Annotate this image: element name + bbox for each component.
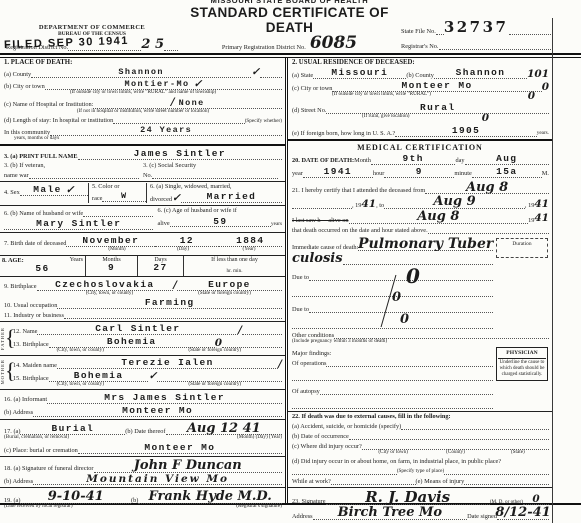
hospital-note: (If not in hospital or institution, writ… [4,109,282,115]
death-day-value: Aug [496,154,517,164]
injury-place-blank-line: (Specify type of place) [292,467,549,475]
residence-state-blank: Missouri [313,68,406,79]
physician-address-blank: Birch Tree Mo [313,507,467,520]
injury-place-label: (d) Did injury occur in or about home, o… [292,458,549,465]
section-funeral-director: 18. (a) Signature of funeral director Jo… [0,457,285,488]
father-side-label: FATHER [0,327,5,350]
color-value: W [121,192,128,201]
birthplace-value2: Europe [208,280,251,290]
dotted-rule [29,171,139,179]
community-value: 24 Years [140,126,192,135]
major-findings-grid: Major findings: Of operations Of autopsy [288,345,552,412]
age-years-value: 56 [2,264,83,274]
dotted-rule [401,422,549,430]
immediate-cause-value2: culosis [292,253,343,265]
section-place-of-death: 1. PLACE OF DEATH: (a) County Shannon ✓ … [0,58,285,146]
ss-number-line: No. [143,171,278,179]
last-saw-blank: Aug 8 [349,211,529,224]
length-of-stay-label: (d) Length of stay: In hospital or insti… [4,117,113,124]
board-of-health-line: MISSOURI STATE BOARD OF HEALTH [178,0,401,5]
residence-city-label: (c) City or town [292,85,332,92]
sex-value: Male [33,185,61,195]
occupation-blank: Farming [57,298,282,309]
length-of-stay-note: (Specify whether) [245,119,282,125]
duration-rail: Duration [493,236,549,329]
full-name-value: James Sintler [134,149,226,159]
burial-place-blank: Monteer Mo [78,443,282,454]
month-label: Month [354,157,371,164]
mother-birthplace-line: 15. Birthplace Bohemia ✓ [13,371,282,382]
department-line: DEPARTMENT OF COMMERCE [6,24,178,31]
state-file-line: State File No. 32737 [401,20,551,35]
day-note: (Day) [150,247,216,253]
death-day-blank: Aug [465,154,549,165]
primary-district-label: Primary Registration District No. [222,44,306,51]
spouse-age-suffix: years [271,222,282,228]
father-body: 12. Name Carl Sintler / 13. Birthplace B… [13,322,282,354]
registrar-sig-blank: Frank Hyde M.D. [138,491,282,504]
death-year-value: 1941 [324,167,352,177]
informant-address-blank: Monteer Mo [33,406,282,417]
age-months-cell: Months 9 [86,256,138,276]
father-name-line: 12. Name Carl Sintler / [13,324,282,335]
dotted-rule [83,209,153,217]
spouse-age-label2: alive [157,220,169,227]
informant-value: Mrs James Sintler [104,393,225,403]
informant-address-value: Monteer Mo [122,406,193,416]
dotted-rule [509,27,552,35]
burial-place-line: (c) Place: burial or cremation Monteer M… [4,443,282,454]
county-blank: Shannon [31,68,251,78]
mother-note1: (City, town, or county) [13,382,148,388]
residence-county-handwritten: 101 [527,70,549,79]
due-to-line2: Due to [292,305,493,313]
mother-brace: { [5,362,12,381]
spacer-rule-2 [292,321,493,329]
spacer-rule-3 [292,373,493,381]
residence-street-handwritten: 0 [482,114,489,123]
years-label: Years [70,257,83,264]
dotted-rule [428,226,549,234]
marital-blank: Married [181,192,282,203]
county-handwritten-mark: ✓ [251,68,260,77]
industry-line: 11. Industry or business [4,311,282,319]
registrar-sig-label: (b) [131,497,138,504]
last-saw-line: I last saw h— alive on Aug 8 19 41 [292,211,549,224]
burial-note: (Burial, cremation, or removal) [4,435,69,441]
injury-where-label: (c) Where did injury occur? [292,443,362,450]
father-note2: (State or foreign country) [148,348,283,354]
age-years-cell: 8. AGE: Years 56 [0,256,86,276]
major-findings-label: Major findings: [292,350,331,357]
mother-maiden-line: 14. Maiden name Terezie Ialen / [13,358,282,369]
county-value: Shannon [118,68,164,77]
last-saw-year: 41 [534,214,549,223]
father-note1: (City, town, or county) [13,348,148,354]
color-cell: 5. Color or race W [88,183,146,203]
due-to-label2: Due to [292,306,309,313]
death-date-line1: 20. DATE OF DEATH: Month 9th day Aug [292,154,549,165]
director-address-label: (b) Address [4,478,33,485]
color-line: race W [92,192,146,202]
dotted-rule [292,401,493,409]
birth-year-value: 1884 [236,236,264,246]
physician-signature-line: 23. Signature R. J. Davis (M. D. or othe… [292,491,549,506]
birthdate-notes: (Month) (Day) (Year) [4,247,282,253]
mother-side: MOTHER { [0,356,13,388]
veteran-block: 3. (b) If veteran, name war [4,162,143,179]
occupation-label: 10. Usual occupation [4,302,57,309]
death-hour-blank: 9 [384,167,454,178]
state-file-number: 32737 [444,20,509,35]
director-signature-value: John F Duncan [134,460,242,472]
mother-maiden-value: Terezie Ialen [121,358,213,368]
last-saw-label: I last saw h— alive on [292,217,349,224]
occupation-value: Farming [145,298,195,308]
burial-date-label: (b) Date thereof [125,428,165,435]
marital-handwritten-mark: ✓ [172,194,181,203]
spouse-age-block: 6. (c) Age of husband or wife if alive 5… [157,207,282,230]
dotted-rule [444,467,549,475]
sex-line: 4. Sex Male ✓ [4,185,88,196]
residence-city-note-row: (If outside city or town limits, write "… [292,92,549,101]
spouse-name-blank: Mary Sintler [4,219,153,230]
birthplace-label: 9. Birthplace [4,283,37,290]
mother-birthplace-value: Bohemia [74,371,124,381]
age-days-value: 27 [140,263,181,273]
informant-line: 16. (a) Informant Mrs James Sintler [4,393,282,404]
accident-label: (a) Accident, suicide, or homicide (spec… [292,423,401,430]
mother-birthplace-label: 15. Birthplace [13,375,49,382]
age-months-value: 9 [88,263,135,273]
full-name-line: 3. (a) PRINT FULL NAME James Sintler [4,149,282,160]
occupation-line: 10. Usual occupation Farming [4,298,282,309]
marital-label: 6. (a) Single, widowed, married, [150,183,282,190]
year-label: year [292,170,303,177]
residence-street-value: Rural [420,103,456,113]
injury-place-note: (Specify type of place) [397,469,444,475]
physician-signature-label: 23. Signature [292,498,326,505]
certify-from-value: Aug 8 [466,182,508,194]
residence-state-value: Missouri [331,68,388,78]
burial-value: Burial [52,424,95,434]
major-findings-main: Major findings: Of operations Of autopsy [292,345,493,409]
industry-label: 11. Industry or business [4,312,64,319]
spouse-age-value: 59 [213,217,227,227]
certify-line2: , 19 41 , to Aug 9 , 19 41 [292,196,549,209]
primary-district-value: 6085 [310,36,357,51]
birthplace-notes: (City, town, or county) (State or foreig… [4,291,282,297]
death-year-blank: 1941 [303,167,373,178]
dotted-rule [320,387,493,395]
handwritten-flourish-2: 0 [392,290,401,305]
dotted-rule [113,116,244,124]
father-name-blank: Carl Sintler [37,324,238,335]
section-birthdate: 7. Birth date of deceased November 12 18… [0,233,285,256]
injury-where-notes: (City or town) (County) (State) [292,450,549,456]
spouse-age-line: alive 59 years [157,217,282,228]
informant-address-label: (b) Address [4,409,33,416]
city-note: (If outside city or town limits, write "… [4,90,282,96]
hospital-blank: / None [93,98,282,108]
foreign-born-label: (e) If foreign born, how long in U. S. A… [292,130,395,137]
marital-label2: divorced [150,196,172,203]
marital-cell: 6. (a) Single, widowed, married, divorce… [146,183,282,203]
dotted-rule [326,359,493,367]
birthdate-line: 7. Birth date of deceased November 12 18… [4,236,282,247]
sex-label: 4. Sex [4,189,20,196]
certify-year1: 41 [361,200,376,209]
dotted-rule [309,273,493,281]
month-note: (Month) [84,247,150,253]
birthplace-blank2: Europe [177,280,282,291]
certify-label: 21. I hereby certify that I attended the… [292,187,425,194]
father-birthplace-value: Bohemia [107,337,157,347]
birthplace-blank1: Czechoslovakia [37,280,174,291]
burial-place-label: (c) Place: burial or cremation [4,447,78,454]
dotted-rule [260,70,282,78]
registrar-no-line: Registrar's No. [401,42,551,50]
certify-19b: , 19 [525,202,534,209]
duration-box: Duration [496,238,548,258]
residence-state-label: (a) State [292,72,313,79]
physician-signature-blank: R. J. Davis [326,491,490,506]
veteran-ss-line: 3. (b) If veteran, name war 3. (c) Socia… [4,162,282,179]
spouse-name-value-line: Mary Sintler [4,219,153,230]
residence-note-handwritten: 0 [528,92,535,101]
registrar-notes: (Date received by local registrar) (Regi… [4,504,282,510]
residence-city-value: Monteer Mo [402,81,473,91]
color-label: 5. Color or [92,183,146,190]
ss-block: 3. (c) Social Security No. [143,162,282,179]
received-date-value: 9-10-41 [48,491,104,503]
immediate-cause-blank: Pulmonary Tuber [358,238,493,252]
spacer-rule-4 [292,401,493,409]
section-birthplace: 9. Birthplace Czechoslovakia / Europe (C… [0,277,285,323]
mother-body: 14. Maiden name Terezie Ialen / 15. Birt… [13,356,282,388]
spouse-name-value: Mary Sintler [36,219,121,229]
immediate-cause-value: Pulmonary Tuber [358,238,493,251]
veteran-war-line: name war [4,171,139,179]
registrar-receipt-line: 19. (a) 9-10-41 (b) Frank Hyde M.D. [4,491,282,504]
age-less-cell: If less than one day hr. min. [184,256,285,276]
paper-edge-line [552,18,553,523]
mother-maiden-blank: Terezie Ialen [57,358,278,369]
registration-district-handwritten: 2 5 [141,39,164,51]
occurrence-date-line: (b) Date of occurrence [292,432,549,440]
full-name-blank: James Sintler [78,149,282,160]
left-column: 1. PLACE OF DEATH: (a) County Shannon ✓ … [0,58,288,503]
dotted-rule [464,477,549,485]
director-signature-label: 18. (a) Signature of funeral director [4,465,94,472]
father-notes: (City, town, or county) (State or foreig… [13,348,282,354]
immediate-cause-line2: culosis [292,253,493,265]
physician-address-label: Address [292,513,313,520]
received-blank: 9-10-41 [20,491,131,504]
due-to-label1: Due to [292,274,309,281]
residence-street-note: (If rural, give location) [362,114,410,123]
physician-box: PHYSICIAN Underline the cause to which d… [496,347,548,382]
residence-county-label: (b) County [406,72,433,79]
duration-label: Duration [512,241,531,247]
form-header: DEPARTMENT OF COMMERCE BUREAU OF THE CEN… [0,0,581,52]
spouse-name-label-line: 6. (b) Name of husband or wife [4,209,153,217]
age-days-cell: Days 27 [138,256,184,276]
ss-no-label: No. [143,172,152,179]
accident-line: (a) Accident, suicide, or homicide (spec… [292,422,549,430]
marital-value: Married [207,192,257,202]
residence-heading: 2. USUAL RESIDENCE OF DECEASED: [292,59,549,66]
form-body: 1. PLACE OF DEATH: (a) County Shannon ✓ … [0,58,581,505]
county-label: (a) County [4,71,31,78]
registrar-no-label: Registrar's No. [401,43,439,50]
sex-blank: Male ✓ [20,185,88,196]
birthplace-note2: (State or foreign country) [167,291,282,297]
city-label: (b) City or town [4,83,45,90]
residence-city-handwritten: 0 [542,83,549,92]
dotted-rule [152,171,278,179]
dotted-rule [64,311,282,319]
community-blank: 24 Years [50,126,282,136]
received-note: (Date received by local registrar) [4,504,73,510]
certify-from-blank: Aug 8 [425,182,549,195]
right-column: 2. USUAL RESIDENCE OF DECEASED: (a) Stat… [288,58,552,503]
residence-county-blank: Shannon [434,68,527,79]
registrar-signature-note: (Registrar's signature) [236,504,282,510]
primary-district-line: Primary Registration District No. 6085 [178,36,401,51]
mother-maiden-handwritten-mark: / [278,360,282,369]
header-right: State File No. 32737 Registrar's No. [401,18,551,52]
section-age: 8. AGE: Years 56 Months 9 Days 27 If les… [0,256,285,277]
means-of-injury-label: (e) Means of injury [416,478,465,485]
due-to-line1: Due to [292,273,493,281]
section-father: FATHER { 12. Name Carl Sintler / 13. Bir… [0,322,285,356]
residence-street-label: (d) Street No. [292,107,326,114]
section-certify: 21. I hereby certify that I attended the… [288,180,552,236]
section-residence: 2. USUAL RESIDENCE OF DECEASED: (a) Stat… [288,58,552,141]
residence-county-value: Shannon [456,68,506,78]
hr-min-note: hr. min. [186,269,283,275]
section-physician-signature: 23. Signature R. J. Davis (M. D. or othe… [288,488,552,522]
physician-address-value: Birch Tree Mo [338,507,442,519]
dotted-rule [292,201,352,209]
dotted-rule [292,373,493,381]
certify-to-blank: Aug 9 [384,196,525,209]
county-note: (County) [424,450,486,456]
section-name: 3. (a) PRINT FULL NAME James Sintler 3. … [0,146,285,182]
md-handwritten-blank: 0 [523,495,549,505]
death-minute-value: 15a [496,167,517,177]
hospital-handwritten-mark: / [171,98,175,107]
m-suffix: M. [542,170,549,177]
occurrence-date-label: (b) Date of occurrence [292,433,349,440]
certify-to-label: , to [376,202,384,209]
spouse-name-label: 6. (b) Name of husband or wife [4,210,83,217]
age-label: 8. AGE: [2,257,24,264]
physician-box-text: Underline the cause to which death shoul… [498,360,546,379]
handwritten-flourish-1: 0 [406,264,420,288]
director-signature-line: 18. (a) Signature of funeral director Jo… [4,460,282,473]
color-blank: W [102,192,146,202]
death-date-line2: year 1941 hour 9 minute 15a M. [292,167,549,178]
section-spouse: 6. (b) Name of husband or wife Mary Sint… [0,206,285,233]
while-at-work-label: While at work? [292,478,331,485]
mother-note2: (State or foreign country) [148,382,283,388]
section-sex-color-marital: 4. Sex Male ✓ 5. Color or race W [0,182,285,206]
birthplace-line: 9. Birthplace Czechoslovakia / Europe [4,280,282,291]
state-note: (State) [487,450,549,456]
spouse-age-blank: 59 [170,217,271,228]
certify-line1: 21. I hereby certify that I attended the… [292,182,549,195]
certificate-title: STANDARD CERTIFICATE OF DEATH [178,5,401,35]
sex-handwritten-mark: ✓ [66,186,75,195]
physician-signature-value: R. J. Davis [365,491,450,505]
last-saw-value: Aug 8 [417,211,459,223]
dotted-rule [292,321,493,329]
state-file-label: State File No. [401,28,436,35]
hospital-value: None [179,99,205,108]
sex-cell: 4. Sex Male ✓ [4,183,88,203]
community-note: years, months or days [14,136,282,142]
other-conditions-block: Other conditions (Include pregnancy with… [288,329,552,345]
spouse-age-label: 6. (c) Age of husband or wife if [157,207,282,214]
less-than-day-label: If less than one day [186,257,283,263]
spouse-name-block: 6. (b) Name of husband or wife Mary Sint… [4,207,157,230]
father-name-label: 12. Name [13,328,37,335]
mother-birthplace-handwritten-mark: ✓ [148,372,157,381]
father-name-value: Carl Sintler [95,324,180,334]
death-month-value: 9th [403,154,424,164]
informant-blank: Mrs James Sintler [47,393,282,404]
autopsy-label: Of autopsy [292,388,320,395]
dotted-rule [436,27,444,35]
city-or-town-note: (City or town) [362,450,424,456]
certify-year2: 41 [534,200,549,209]
physician-box-title: PHYSICIAN [498,350,546,359]
certify-19a: , 19 [352,202,361,209]
full-name-label: 3. (a) PRINT FULL NAME [4,153,78,160]
foreign-born-line: (e) If foreign born, how long in U. S. A… [292,126,549,137]
section-mother: MOTHER { 14. Maiden name Terezie Ialen /… [0,356,285,390]
residence-street-note-row: (If rural, give location) 0 [292,114,549,123]
date-signed-label: Date signed [467,513,497,520]
section-informant: 16. (a) Informant Mrs James Sintler (b) … [0,390,285,420]
occurred-line: that death occurred on the date and hour… [292,226,549,234]
burial-date-value: Aug 12 41 [187,423,261,435]
medical-certification-heading: MEDICAL CERTIFICATION [288,143,552,152]
informant-address-line: (b) Address Monteer Mo [4,406,282,417]
mother-notes: (City, town, or county) (State or foreig… [13,382,282,388]
father-side: FATHER { [0,322,13,354]
date-signed-blank: 8/12-41 [497,507,549,520]
dotted-rule [331,477,416,485]
hospital-line: (c) Name of Hospital or Institution: / N… [4,98,282,108]
informant-label: 16. (a) Informant [4,396,47,403]
ss-label: 3. (c) Social Security [143,162,278,169]
length-of-stay-line: (d) Length of stay: In hospital or insti… [4,116,282,124]
header-left: DEPARTMENT OF COMMERCE BUREAU OF THE CEN… [6,24,178,52]
major-findings-line: Major findings: [292,349,493,357]
section-registrar-receipt: 19. (a) 9-10-41 (b) Frank Hyde M.D. (Dat… [0,488,285,511]
handwritten-flourish-3: 0 [400,312,409,327]
while-at-work-line: While at work? (e) Means of injury [292,477,549,485]
director-address-blank: Mountain View Mo [33,475,282,485]
birthplace-value1: Czechoslovakia [55,280,154,290]
foreign-born-suffix: years. [537,131,549,137]
birthdate-label: 7. Birth date of deceased [4,240,66,247]
residence-state-line: (a) State Missouri (b) County Shannon 10… [292,68,549,79]
day-label: day [455,157,464,164]
